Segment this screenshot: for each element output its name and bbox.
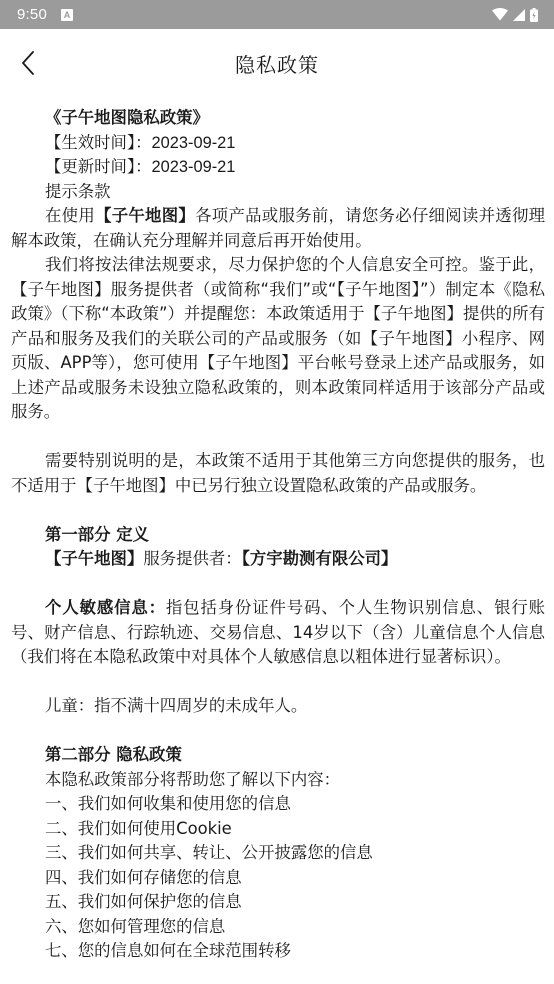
provider-brand: 【子午地图】: [45, 549, 143, 568]
intro-paragraph-3: 需要特别说明的是，本政策不适用于其他第三方向您提供的服务，也不适用于【子午地图】…: [11, 449, 545, 498]
back-button[interactable]: [12, 47, 44, 79]
toc-item[interactable]: 一、我们如何收集和使用您的信息: [11, 792, 545, 817]
spacer: [11, 719, 545, 744]
intro-p1-pre: 在使用: [45, 206, 95, 225]
sensitive-info-definition: 个人敏感信息：指包括身份证件号码、个人生物识别信息、银行账号、财产信息、行踪轨迹…: [11, 596, 545, 670]
toc-item[interactable]: 三、我们如何共享、转让、公开披露您的信息: [11, 841, 545, 866]
updated-date: 【更新时间】：2023-09-21: [11, 155, 545, 180]
document-title: 《子午地图隐私政策》: [11, 106, 545, 131]
toc-item[interactable]: 二、我们如何使用Cookie: [11, 817, 545, 842]
part2-intro: 本隐私政策部分将帮助您了解以下内容：: [11, 768, 545, 793]
spacer: [11, 670, 545, 695]
updated-date-value: 2023-09-21: [152, 158, 236, 176]
child-definition: 儿童：指不满十四周岁的未成年人。: [11, 694, 545, 719]
status-bar: 9:50 A: [0, 0, 554, 29]
spacer: [11, 498, 545, 523]
battery-charging-icon: [530, 8, 538, 22]
part1-heading: 第一部分 定义: [11, 523, 545, 548]
status-time: 9:50: [17, 6, 47, 23]
toc-item[interactable]: 五、我们如何保护您的信息: [11, 890, 545, 915]
status-left: 9:50 A: [17, 6, 73, 23]
app-bar: 隐私政策: [0, 29, 554, 97]
a-badge-icon: A: [61, 9, 73, 21]
provider-line: 【子午地图】服务提供者：【方宇勘测有限公司】: [11, 547, 545, 572]
policy-content: 《子午地图隐私政策》 【生效时间】：2023-09-21 【更新时间】：2023…: [11, 106, 545, 964]
sensitive-term: 个人敏感信息：: [45, 598, 166, 617]
intro-paragraph-2: 我们将按法律法规要求，尽力保护您的个人信息安全可控。鉴于此，【子午地图】服务提供…: [11, 253, 545, 425]
updated-date-label: 【更新时间】：: [45, 157, 152, 176]
cellular-signal-icon: [513, 9, 525, 21]
notice-heading: 提示条款: [11, 180, 545, 205]
page-title: 隐私政策: [235, 49, 319, 78]
spacer: [11, 425, 545, 450]
effective-date-value: 2023-09-21: [152, 134, 236, 152]
effective-date-label: 【生效时间】：: [45, 133, 152, 152]
wifi-icon: [492, 8, 508, 21]
chevron-left-icon: [20, 50, 36, 76]
spacer: [11, 572, 545, 597]
toc-item[interactable]: 四、我们如何存储您的信息: [11, 866, 545, 891]
provider-name: 【方宇勘测有限公司】: [242, 549, 398, 568]
effective-date: 【生效时间】：2023-09-21: [11, 131, 545, 156]
intro-paragraph-1: 在使用【子午地图】各项产品或服务前，请您务必仔细阅读并透彻理解本政策，在确认充分…: [11, 204, 545, 253]
toc-item[interactable]: 七、您的信息如何在全球范围转移: [11, 939, 545, 964]
provider-label: 服务提供者：: [143, 549, 241, 568]
toc-item[interactable]: 六、您如何管理您的信息: [11, 915, 545, 940]
status-right: [492, 8, 538, 22]
part2-heading: 第二部分 隐私政策: [11, 743, 545, 768]
intro-p1-bold: 【子午地图】: [95, 206, 195, 225]
